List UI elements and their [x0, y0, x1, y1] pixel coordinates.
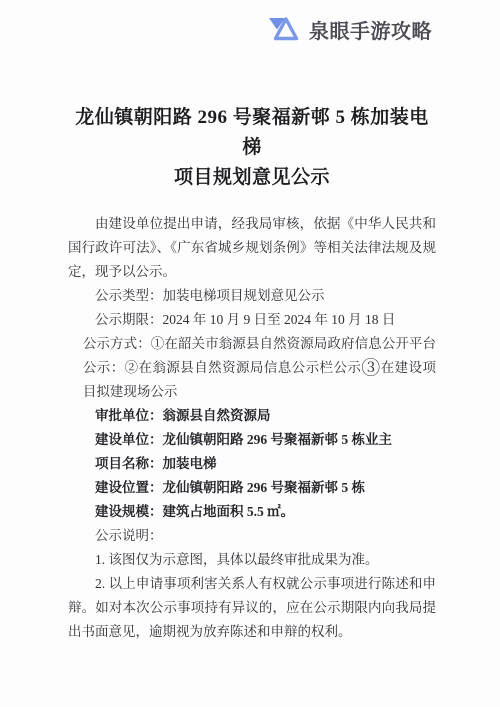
notice-body: 由建设单位提出申请，经我局审核，依据《中华人民共和国行政许可法》、《广东省城乡规… [68, 212, 436, 644]
paragraph-publicity-method: 公示方式：①在韶关市翁源县自然资源局政府信息公开平台公示：②在翁源县自然资源局信… [83, 332, 436, 404]
paragraph-publicity-type: 公示类型：加装电梯项目规划意见公示 [68, 284, 436, 308]
paragraph-publicity-period: 公示期限：2024 年 10 月 9 日至 2024 年 10 月 18 日 [68, 308, 436, 332]
brand-name[interactable]: 泉眼手游攻略 [309, 15, 432, 44]
circled-three-glyph: ③ [361, 358, 380, 379]
paragraph-project-name: 项目名称：加装电梯 [68, 452, 436, 476]
paragraph-construction-unit: 建设单位：龙仙镇朝阳路 296 号聚福新邨 5 栋业主 [68, 428, 436, 452]
site-header: 泉眼手游攻略 [266, 12, 432, 46]
paragraph-notes-title: 公示说明： [68, 524, 436, 548]
paragraph-location: 建设位置：龙仙镇朝阳路 296 号聚福新邨 5 栋 [68, 476, 436, 500]
notice-title-line2: 项目规划意见公示 [68, 163, 436, 193]
paragraph-intro: 由建设单位提出申请，经我局审核，依据《中华人民共和国行政许可法》、《广东省城乡规… [68, 212, 436, 284]
notice-title: 龙仙镇朝阳路 296 号聚福新邨 5 栋加装电梯 项目规划意见公示 [68, 103, 436, 193]
notice-document: 龙仙镇朝阳路 296 号聚福新邨 5 栋加装电梯 项目规划意见公示 由建设单位提… [68, 103, 436, 644]
paragraph-note-1: 1. 该图仅为示意图，具体以最终审批成果为准。 [68, 548, 436, 572]
paragraph-note-2: 2. 以上申请事项利害关系人有权就公示事项进行陈述和申辩。如对本次公示事项持有异… [68, 572, 436, 644]
notice-title-line1: 龙仙镇朝阳路 296 号聚福新邨 5 栋加装电梯 [68, 103, 436, 163]
brand-logo-icon [266, 12, 300, 46]
page: 泉眼手游攻略 龙仙镇朝阳路 296 号聚福新邨 5 栋加装电梯 项目规划意见公示… [0, 0, 500, 707]
paragraph-approval-unit: 审批单位：翁源县自然资源局 [68, 404, 436, 428]
paragraph-scale: 建设规模：建筑占地面积 5.5 ㎡。 [68, 500, 436, 524]
